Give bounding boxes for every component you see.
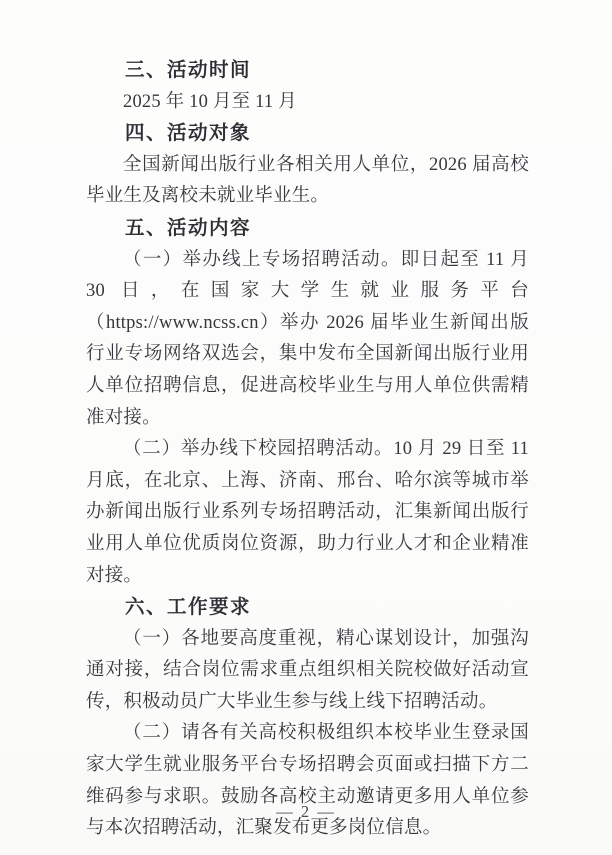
heading-activity-target: 四、活动对象 xyxy=(86,118,529,150)
paragraph-work-requirement-1: （一）各地要高度重视，精心谋划设计，加强沟通对接，结合岗位需求重点组织相关院校做… xyxy=(86,624,529,719)
page-number: — 2 — xyxy=(0,802,612,822)
paragraph-online-recruitment: （一）举办线上专场招聘活动。即日起至 11 月 30 日，在国家大学生就业服务平… xyxy=(86,245,529,435)
paragraph-activity-target: 全国新闻出版行业各相关用人单位，2026 届高校毕业生及离校未就业毕业生。 xyxy=(86,150,529,213)
heading-work-requirements: 六、工作要求 xyxy=(86,592,529,624)
heading-activity-content: 五、活动内容 xyxy=(86,213,529,245)
paragraph-date-range: 2025 年 10 月至 11 月 xyxy=(86,87,529,119)
paragraph-work-requirement-2: （二）请各有关高校积极组织本校毕业生登录国家大学生就业服务平台专场招聘会页面或扫… xyxy=(86,718,529,844)
heading-activity-time: 三、活动时间 xyxy=(86,55,529,87)
paragraph-offline-recruitment: （二）举办线下校园招聘活动。10 月 29 日至 11 月底，在北京、上海、济南… xyxy=(86,434,529,592)
document-body: 三、活动时间 2025 年 10 月至 11 月 四、活动对象 全国新闻出版行业… xyxy=(86,55,529,845)
scanned-document-page: 三、活动时间 2025 年 10 月至 11 月 四、活动对象 全国新闻出版行业… xyxy=(0,0,612,855)
